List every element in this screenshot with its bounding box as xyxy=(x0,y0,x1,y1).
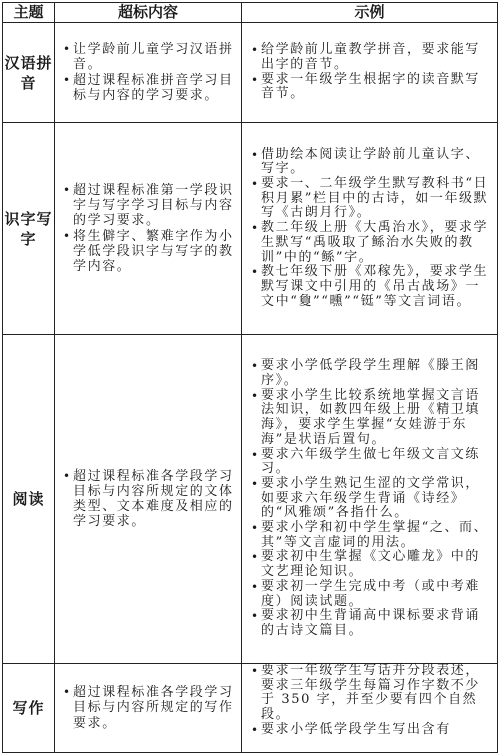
examples-cell: 给学龄前儿童教学拼音，要求能写出字的音节。 要求一年级学生根据字的读音默写音节。 xyxy=(242,23,498,123)
list-item: 超过课程标准各学段学习目标与内容所规定的文体类型、文本难度及相应的学习要求。 xyxy=(58,469,237,530)
list-item: 要求小学生比较系统地掌握文言语法知识，如教四年级上册《精卫填海》，要求学生掌握“… xyxy=(246,389,493,448)
topic-cell: 阅读 xyxy=(3,335,55,664)
header-examples: 示例 xyxy=(242,3,498,23)
list-item: 借助绘本阅读让学龄前儿童认字、写字。 xyxy=(246,148,493,177)
topic-cell: 识字写字 xyxy=(3,123,55,335)
topic-cell: 写作 xyxy=(3,664,55,753)
content-list: 超过课程标准各学段学习目标与内容所规定的写作要求。 xyxy=(55,685,241,731)
content-cell: 让学龄前儿童学习汉语拼音。 超过课程标准拼音学习目标与内容的学习要求。 xyxy=(55,23,242,123)
curriculum-overreach-table: 主题 超标内容 示例 汉语拼音 让学龄前儿童学习汉语拼音。 超过课程标准拼音学习… xyxy=(2,2,498,753)
examples-list: 给学龄前儿童教学拼音，要求能写出字的音节。 要求一年级学生根据字的读音默写音节。 xyxy=(242,43,497,102)
list-item: 要求初中生掌握《文心雕龙》中的文艺理论知识。 xyxy=(246,550,493,579)
topic-cell: 汉语拼音 xyxy=(3,23,55,123)
list-item: 超过课程标准拼音学习目标与内容的学习要求。 xyxy=(58,73,237,103)
list-item: 要求小学低学段学生理解《滕王阁序》。 xyxy=(246,359,493,388)
list-item: 教二年级上册《大禹治水》，要求学生默写“禹吸取了鲧治水失败的教训”中的“鲧”字。 xyxy=(246,221,493,265)
header-topic: 主题 xyxy=(3,3,55,23)
list-item: 让学龄前儿童学习汉语拼音。 xyxy=(58,42,237,72)
list-item: 要求六年级学生做七年级文言文练习。 xyxy=(246,448,493,477)
content-cell: 超过课程标准各学段学习目标与内容所规定的写作要求。 xyxy=(55,664,242,753)
list-item: 将生僻字、繁难字作为小学低学段识字与写字的教学内容。 xyxy=(58,229,237,275)
list-item: 给学龄前儿童教学拼音，要求能写出字的音节。 xyxy=(246,43,493,72)
content-cell: 超过课程标准第一学段识字与写字学习目标与内容的学习要求。 将生僻字、繁难字作为小… xyxy=(55,123,242,335)
table-row-literacy-writing: 识字写字 超过课程标准第一学段识字与写字学习目标与内容的学习要求。 将生僻字、繁… xyxy=(3,123,498,335)
examples-list: 借助绘本阅读让学龄前儿童认字、写字。 要求一、二年级学生默写教科书“日积月累”栏… xyxy=(242,148,497,310)
examples-cell: 借助绘本阅读让学龄前儿童认字、写字。 要求一、二年级学生默写教科书“日积月累”栏… xyxy=(242,123,498,335)
list-item: 要求一、二年级学生默写教科书“日积月累”栏目中的古诗，如一年级默写《古朗月行》。 xyxy=(246,177,493,221)
content-cell: 超过课程标准各学段学习目标与内容所规定的文体类型、文本难度及相应的学习要求。 xyxy=(55,335,242,664)
table-row-pinyin: 汉语拼音 让学龄前儿童学习汉语拼音。 超过课程标准拼音学习目标与内容的学习要求。… xyxy=(3,23,498,123)
list-item: 要求小学生熟记生涩的文学常识，如要求六年级学生背诵《诗经》的“风雅颂”各指什么。 xyxy=(246,477,493,521)
list-item: 超过课程标准各学段学习目标与内容所规定的写作要求。 xyxy=(58,685,237,731)
list-item: 超过课程标准第一学段识字与写字学习目标与内容的学习要求。 xyxy=(58,183,237,229)
list-item: 教七年级下册《邓稼先》，要求学生默写课文中引用的《吊古战场》一文中“敻”“曛”“… xyxy=(246,265,493,309)
examples-list: 要求一年级学生写话并分段表述，要求三年级学生每篇习作字数不少于 350 字，并至… xyxy=(242,664,497,738)
list-item: 要求一年级学生写话并分段表述，要求三年级学生每篇习作字数不少于 350 字，并至… xyxy=(246,664,493,723)
content-list: 超过课程标准各学段学习目标与内容所规定的文体类型、文本难度及相应的学习要求。 xyxy=(55,469,241,530)
table-row-composition: 写作 超过课程标准各学段学习目标与内容所规定的写作要求。 要求一年级学生写话并分… xyxy=(3,664,498,753)
list-item: 要求初中生背诵高中课标要求背诵的古诗文篇目。 xyxy=(246,609,493,638)
content-list: 超过课程标准第一学段识字与写字学习目标与内容的学习要求。 将生僻字、繁难字作为小… xyxy=(55,183,241,274)
content-list: 让学龄前儿童学习汉语拼音。 超过课程标准拼音学习目标与内容的学习要求。 xyxy=(55,42,241,103)
list-item: 要求小学和初中学生掌握“之、而、其”等文言虚词的用法。 xyxy=(246,521,493,550)
examples-cell: 要求小学低学段学生理解《滕王阁序》。 要求小学生比较系统地掌握文言语法知识，如教… xyxy=(242,335,498,664)
header-content: 超标内容 xyxy=(55,3,242,23)
examples-list: 要求小学低学段学生理解《滕王阁序》。 要求小学生比较系统地掌握文言语法知识，如教… xyxy=(242,359,497,638)
list-item: 要求小学低学段学生写出含有 xyxy=(246,723,493,738)
examples-cell: 要求一年级学生写话并分段表述，要求三年级学生每篇习作字数不少于 350 字，并至… xyxy=(242,664,498,753)
list-item: 要求一年级学生根据字的读音默写音节。 xyxy=(246,73,493,102)
list-item: 要求初一学生完成中考（或中考难度）阅读试题。 xyxy=(246,580,493,609)
header-row: 主题 超标内容 示例 xyxy=(3,3,498,23)
table-row-reading: 阅读 超过课程标准各学段学习目标与内容所规定的文体类型、文本难度及相应的学习要求… xyxy=(3,335,498,664)
